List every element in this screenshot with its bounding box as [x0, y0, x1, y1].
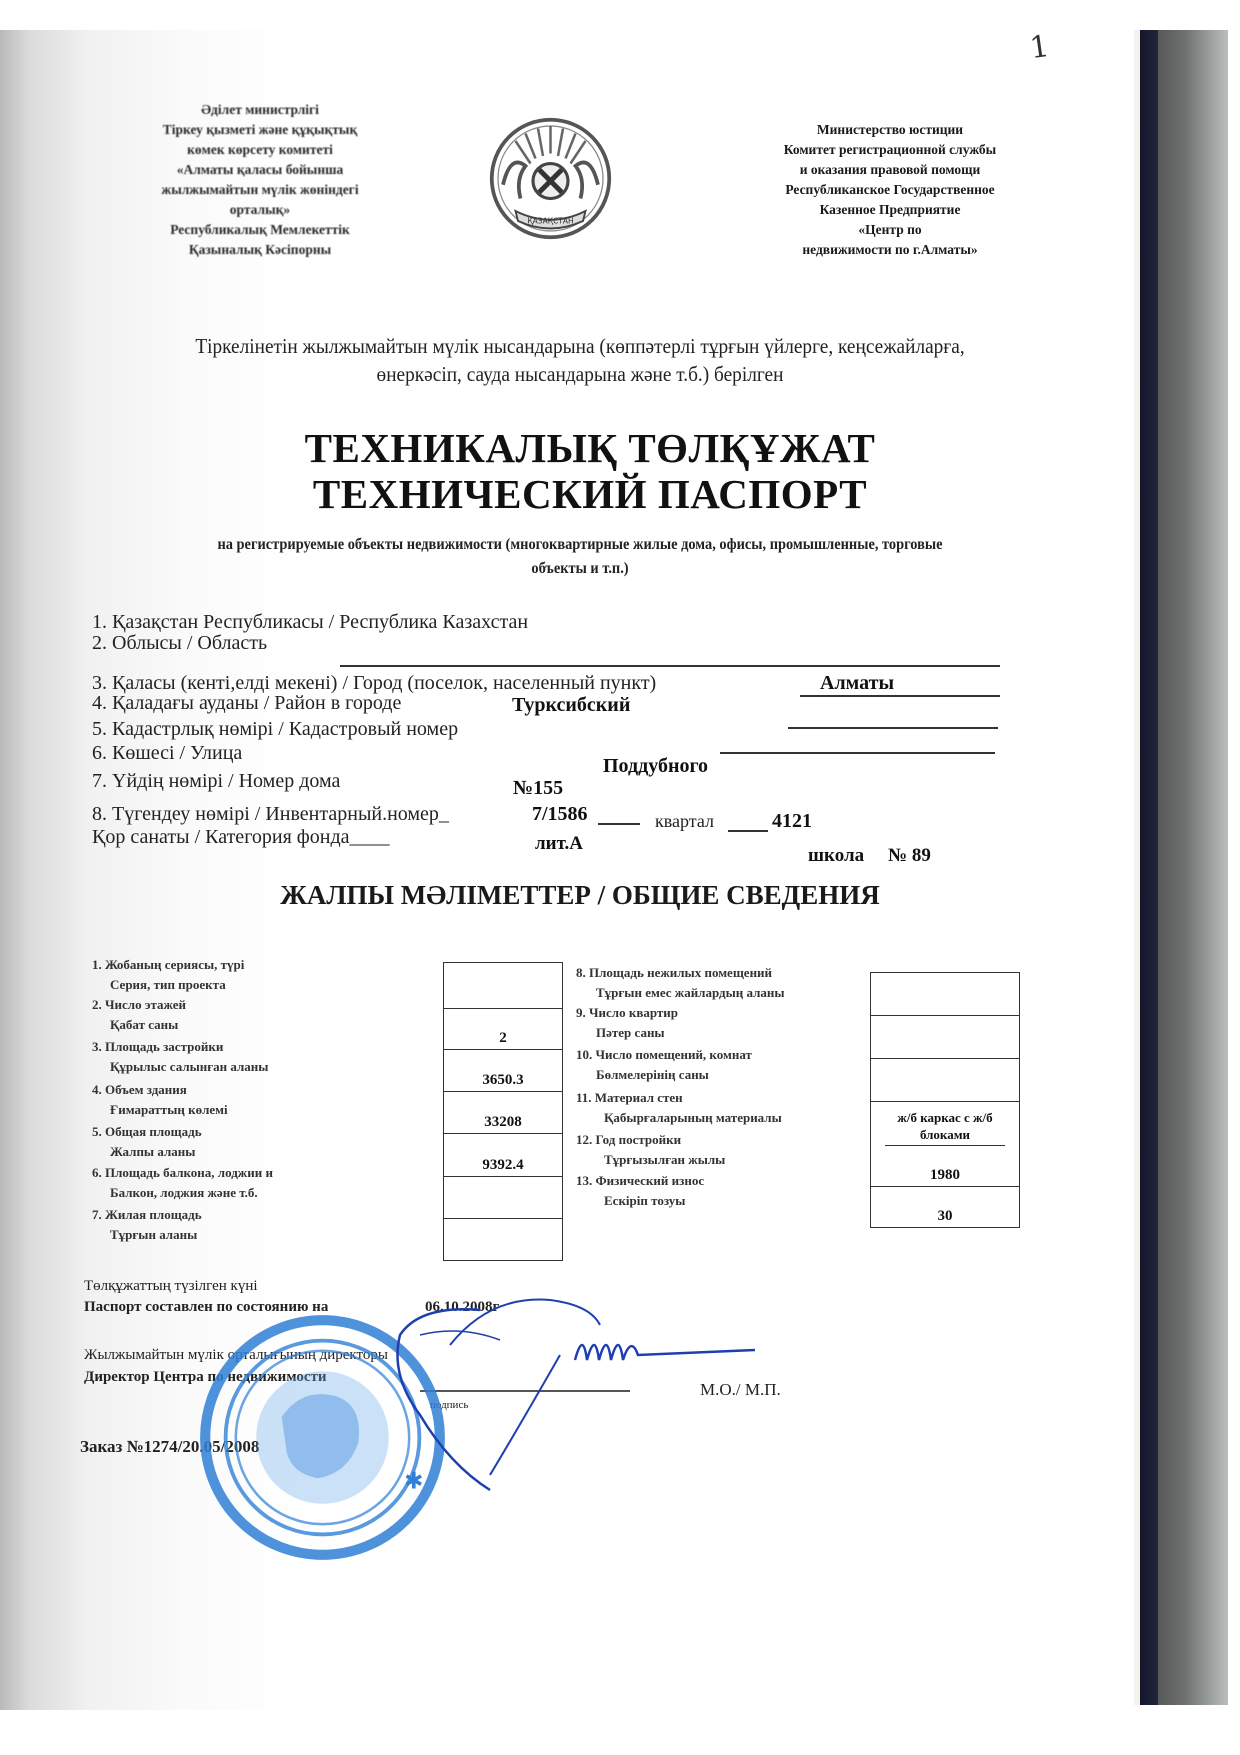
- title-ru: ТЕХНИЧЕСКИЙ ПАСПОРТ: [200, 471, 980, 517]
- binder-spine: [1140, 30, 1158, 1705]
- page-title: ТЕХНИКАЛЫҚ ТӨЛҚҰЖАТ ТЕХНИЧЕСКИЙ ПАСПОРТ: [200, 425, 980, 517]
- svg-text:ҚАЗАҚСТАН: ҚАЗАҚСТАН: [527, 217, 573, 226]
- address-line-country: 1. Қазақстан Республикасы / Республика К…: [92, 611, 528, 633]
- value-construction-year: 1980: [871, 1146, 1019, 1187]
- field-rooms-count: 10. Число помещений, комнатБөлмелерінің …: [576, 1045, 752, 1085]
- city-value: Алматы: [820, 672, 894, 695]
- value-built-area: 3650.3: [444, 1050, 562, 1092]
- field-living-area: 7. Жилая площадьТұрғын аланы: [92, 1205, 202, 1245]
- cadastral-underline: [788, 727, 998, 729]
- field-building-volume: 4. Объем зданияҒимараттың көлемі: [92, 1080, 228, 1120]
- field-floors: 2. Число этажейҚабат саны: [92, 995, 186, 1035]
- value-building-volume: 33208: [444, 1092, 562, 1134]
- address-line-cadastral: 5. Кадастрлық нөмірі / Кадастровый номер: [92, 718, 458, 740]
- value-physical-wear: 30: [871, 1187, 1019, 1228]
- value-wall-material: ж/б каркас с ж/б блоками: [885, 1102, 1005, 1146]
- general-info-right-values: ж/б каркас с ж/б блоками 1980 30: [870, 972, 1020, 1228]
- address-line-city: 3. Қаласы (кенті,елді мекені) / Город (п…: [92, 672, 656, 694]
- district-value: Турксибский: [512, 694, 630, 717]
- organization-name-ru: Министерство юстиции Комитет регистрацио…: [730, 120, 1050, 260]
- school-label: школа: [808, 845, 864, 867]
- state-emblem-icon: ҚАЗАҚСТАН: [488, 116, 613, 241]
- street-value: Поддубного: [603, 755, 708, 778]
- field-total-area: 5. Общая площадьЖалпы аланы: [92, 1122, 202, 1162]
- address-line-street: 6. Көшесі / Улица: [92, 742, 242, 764]
- address-line-house: 7. Үйдің нөмірі / Номер дома: [92, 770, 340, 792]
- value-total-area: 9392.4: [444, 1134, 562, 1177]
- quarter-label: квартал: [655, 810, 714, 832]
- general-info-left-values: 2 3650.3 33208 9392.4: [443, 962, 563, 1261]
- quarter-underline: [728, 830, 768, 832]
- address-line-region: 2. Облысы / Область: [92, 632, 267, 654]
- value-living-area: [444, 1219, 562, 1261]
- field-physical-wear: 13. Физический износЕскіріп тозуы: [576, 1171, 704, 1211]
- city-underline: [800, 695, 1000, 697]
- title-kz: ТЕХНИКАЛЫҚ ТӨЛҚҰЖАТ: [200, 425, 980, 471]
- intro-text-kz: Тіркелінетін жылжымайтын мүлік нысандары…: [184, 332, 975, 388]
- field-construction-year: 12. Год постройкиТұрғызылған жылы: [576, 1130, 725, 1170]
- organization-name-kz: Әділет министрлігі Тіркеу қызметі және қ…: [110, 100, 410, 260]
- field-apartments-count: 9. Число квартирПәтер саны: [576, 1003, 678, 1043]
- value-apartments-count: [871, 1016, 1019, 1059]
- region-underline: [340, 665, 1000, 667]
- value-balcony-area: [444, 1177, 562, 1219]
- value-project-series: [444, 963, 562, 1009]
- section-title-general-info: ЖАЛПЫ МӘЛІМЕТТЕР / ОБЩИЕ СВЕДЕНИЯ: [200, 880, 960, 911]
- intro-text-ru: на регистрируемые объекты недвижимости (…: [202, 533, 958, 581]
- value-rooms-count: [871, 1059, 1019, 1102]
- value-floors: 2: [444, 1009, 562, 1050]
- field-wall-material: 11. Материал стенҚабырғаларының материал…: [576, 1088, 782, 1128]
- date-label-kz: Төлқұжаттың түзілген күні: [84, 1276, 258, 1296]
- field-project-series: 1. Жобаның сериясы, түріСерия, тип проек…: [92, 955, 244, 995]
- quarter-value: 4121: [772, 810, 812, 833]
- director-signature: [360, 1275, 860, 1495]
- street-underline: [720, 752, 995, 754]
- inventory-underline: [598, 823, 640, 825]
- value-nonresidential-area: [871, 973, 1019, 1016]
- address-line-fund-category: Қор санаты / Категория фонда____: [92, 826, 390, 848]
- house-number-value: №155: [513, 777, 563, 800]
- inventory-number-value: 7/1586: [532, 803, 588, 826]
- binder-cover: [1158, 30, 1228, 1705]
- liter-value: лит.А: [535, 833, 583, 855]
- address-line-district: 4. Қаладағы ауданы / Район в городе: [92, 692, 401, 714]
- school-value: № 89: [888, 845, 931, 867]
- field-balcony-area: 6. Площадь балкона, лоджии иБалкон, лодж…: [92, 1163, 273, 1203]
- field-nonresidential-area: 8. Площадь нежилых помещенийТұрғын емес …: [576, 963, 785, 1003]
- field-built-area: 3. Площадь застройкиҚұрылыс салынған ала…: [92, 1037, 268, 1077]
- address-line-inventory: 8. Түгендеу нөмірі / Инвентарный.номер_: [92, 803, 449, 825]
